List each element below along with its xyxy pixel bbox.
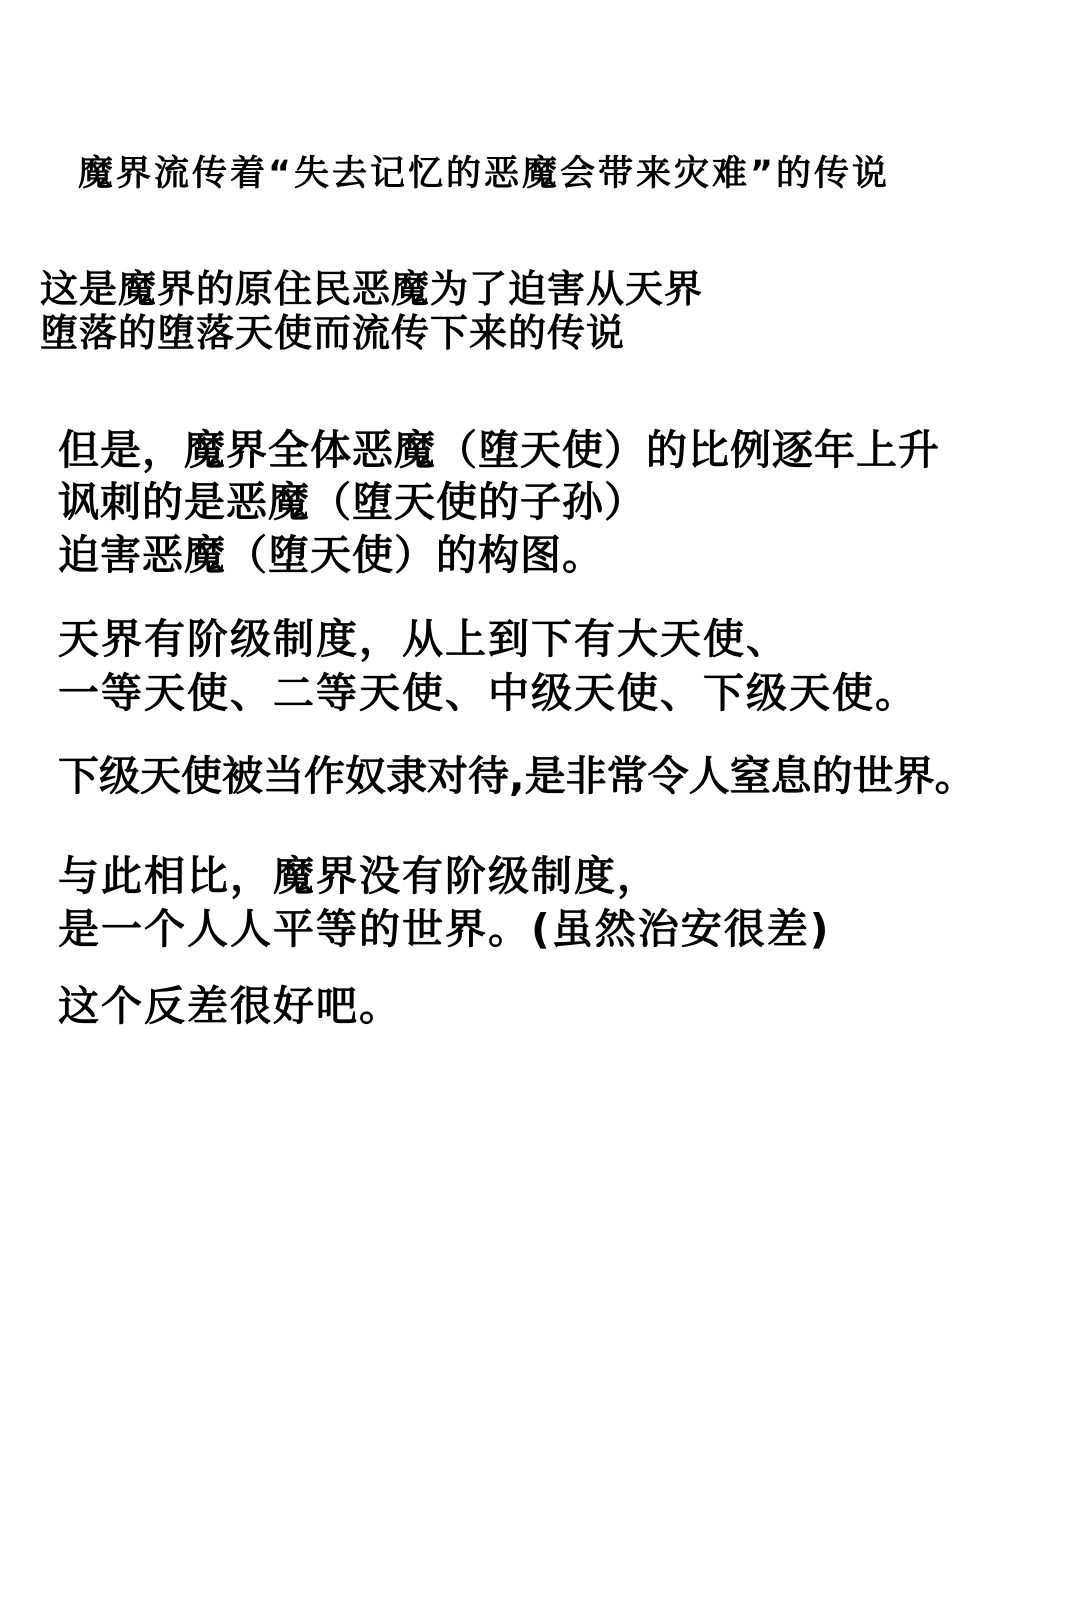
text-line: 天界有阶级制度，从上到下有大天使、 xyxy=(58,612,918,666)
paragraph-heaven-hierarchy: 天界有阶级制度，从上到下有大天使、 一等天使、二等天使、中级天使、下级天使。 xyxy=(58,612,918,720)
text-line: 与此相比，魔界没有阶级制度， xyxy=(58,850,830,903)
text-line: 这是魔界的原住民恶魔为了迫害从天界 xyxy=(40,268,703,312)
paragraph-makai-equality: 与此相比，魔界没有阶级制度， 是一个人人平等的世界。(虽然治安很差) xyxy=(58,850,830,957)
text-line: 迫害恶魔（堕天使）的构图。 xyxy=(58,529,940,581)
paragraph-irony: 但是，魔界全体恶魔（堕天使）的比例逐年上升 讽刺的是恶魔（堕天使的子孙） 迫害恶… xyxy=(58,424,940,581)
text-line: 讽刺的是恶魔（堕天使的子孙） xyxy=(58,476,940,528)
text-line: 但是，魔界全体恶魔（堕天使）的比例逐年上升 xyxy=(58,424,940,476)
text-line: 是一个人人平等的世界。(虽然治安很差) xyxy=(58,903,830,956)
text-line: 这个反差很好吧。 xyxy=(58,980,402,1033)
paragraph-lower-angels: 下级天使被当作奴隶对待,是非常令人窒息的世界。 xyxy=(58,750,976,803)
text-line: 一等天使、二等天使、中级天使、下级天使。 xyxy=(58,666,918,720)
paragraph-legend-origin: 这是魔界的原住民恶魔为了迫害从天界 堕落的堕落天使而流传下来的传说 xyxy=(40,268,703,355)
translation-note-page: 魔界流传着“失去记忆的恶魔会带来灾难”的传说 这是魔界的原住民恶魔为了迫害从天界… xyxy=(0,0,1080,1606)
text-line: 下级天使被当作奴隶对待,是非常令人窒息的世界。 xyxy=(58,750,976,803)
paragraph-contrast-remark: 这个反差很好吧。 xyxy=(58,980,402,1033)
page-title: 魔界流传着“失去记忆的恶魔会带来灾难”的传说 xyxy=(78,146,890,196)
text-line: 堕落的堕落天使而流传下来的传说 xyxy=(40,312,703,356)
